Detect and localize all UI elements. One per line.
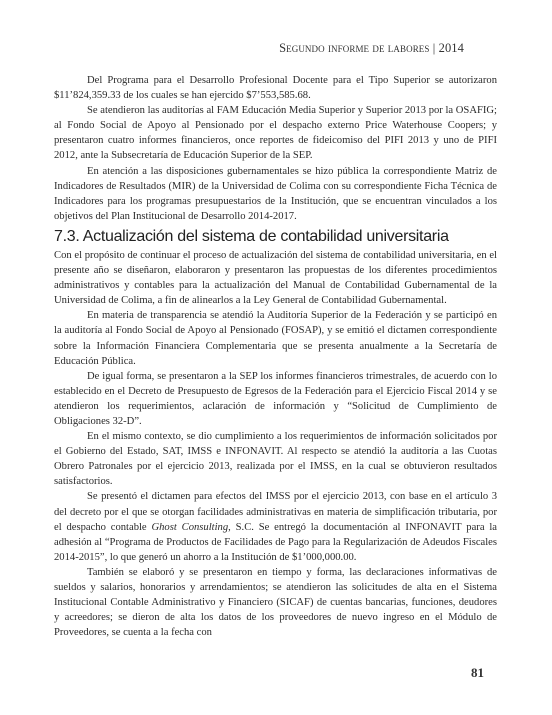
running-header: Segundo informe de labores | 2014	[279, 41, 464, 56]
paragraph-informes-sep: De igual forma, se presentaron a la SEP …	[54, 369, 497, 429]
header-year: 2014	[439, 41, 464, 55]
dictamen-firm-name: Ghost Consulting	[151, 522, 228, 533]
paragraph-dictamen-imss: Se presentó el dictamen para efectos del…	[54, 489, 497, 564]
paragraph-declaraciones: También se elaboró y se presentaron en t…	[54, 565, 497, 640]
header-title: Segundo informe de labores	[279, 41, 429, 55]
page-body: Del Programa para el Desarrollo Profesio…	[54, 73, 497, 640]
section-heading: 7.3. Actualización del sistema de contab…	[54, 227, 497, 247]
paragraph-transparencia: En materia de transparencia se atendió l…	[54, 308, 497, 368]
paragraph-auditorias: Se atendieron las auditorías al FAM Educ…	[54, 103, 497, 163]
header-separator: |	[433, 41, 436, 55]
paragraph-section-intro: Con el propósito de continuar el proceso…	[54, 248, 497, 308]
paragraph-mir: En atención a las disposiciones gubernam…	[54, 164, 497, 224]
paragraph-mismo-contexto: En el mismo contexto, se dio cumplimient…	[54, 429, 497, 489]
page-number: 81	[471, 665, 484, 681]
paragraph-prodep: Del Programa para el Desarrollo Profesio…	[54, 73, 497, 103]
